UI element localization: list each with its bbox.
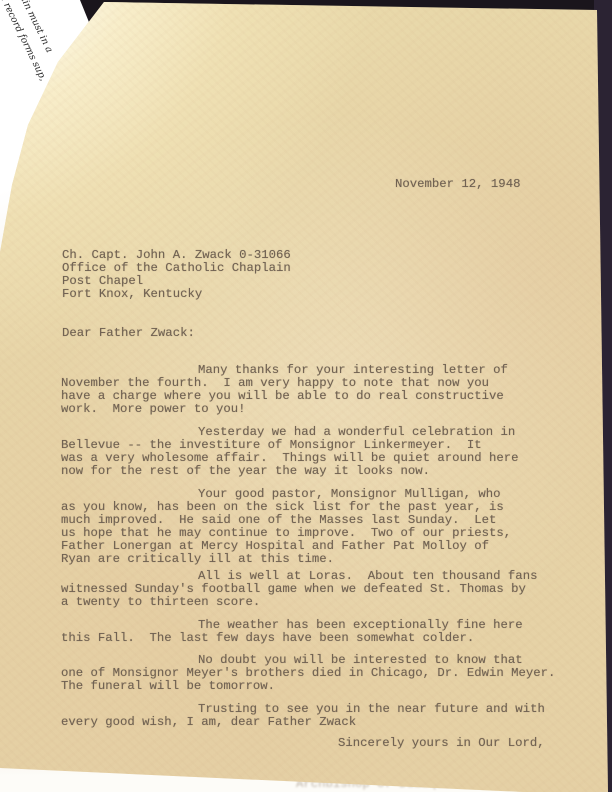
- closing-line: Sincerely yours in Our Lord,: [338, 737, 545, 750]
- body-paragraph-4: All is well at Loras. About ten thousand…: [61, 570, 537, 609]
- body-paragraph-3: Your good pastor, Monsignor Mulligan, wh…: [61, 488, 511, 566]
- body-paragraph-7: Trusting to see you in the near future a…: [61, 703, 545, 729]
- date-line: November 12, 1948: [395, 178, 520, 191]
- body-paragraph-1: Many thanks for your interesting letter …: [61, 364, 508, 416]
- salutation: Dear Father Zwack:: [62, 327, 195, 340]
- body-paragraph-5: The weather has been exceptionally fine …: [61, 619, 523, 645]
- scanned-letter-view: plain must in a e record forms sup, Arch…: [0, 0, 612, 792]
- letter-page: November 12, 1948 Ch. Capt. John A. Zwac…: [0, 0, 612, 792]
- body-paragraph-2: Yesterday we had a wonderful celebration…: [61, 426, 519, 478]
- recipient-address: Ch. Capt. John A. Zwack 0-31066 Office o…: [62, 249, 291, 301]
- body-paragraph-6: No doubt you will be interested to know …: [61, 654, 555, 693]
